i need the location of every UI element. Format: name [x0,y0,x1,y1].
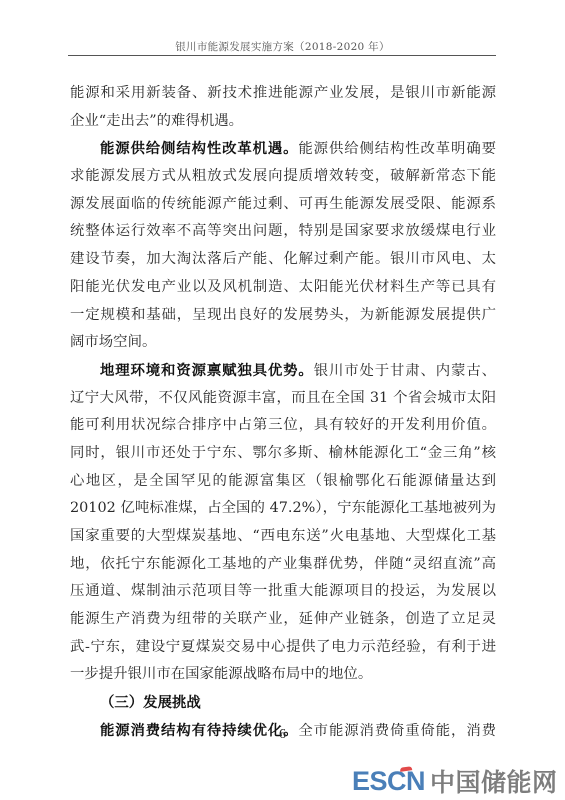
document-title: 银川市能源发展实施方案（2018-2020 年） [0,39,565,54]
text-line: 辽宁大风带，不仅风能资源丰富，而且在全国 31 个省会城市太阳 [70,385,496,413]
text-line: 国家重要的大型煤炭基地、“西电东送”火电基地、大型煤化工基 [70,523,496,551]
logo-latin-text: ESCN [352,766,425,797]
text-line: 一步提升银川市在国家能源战略布局中的地位。 [70,661,496,689]
text-line: 能可利用状况综合排序中占第三位，具有较好的开发利用价值。 [70,412,496,440]
text-line: 一定规模和基础，呈现出良好的发展势头，为新能源发展提供广 [70,302,496,330]
text-line: 同时，银川市还处于宁东、鄂尔多斯、榆林能源化工“金三角”核 [70,440,496,468]
text-line: 源发展面临的传统能源产能过剩、可再生能源发展受限、能源系 [70,191,496,219]
logo-chinese-text: 中国储能网 [430,763,558,799]
paragraph: 能源和采用新装备、新技术推进能源产业发展，是银川市新能源 企业“走出去”的难得机… [70,80,496,135]
text-line: 求能源发展方式从粗放式发展向提质增效转变，破解新常态下能 [70,163,496,191]
section-heading: （三）发展挑战 [70,689,496,717]
text-line: 心地区，是全国罕见的能源富集区（银榆鄂化石能源储量达到 [70,468,496,496]
text-line: 能源供给侧结构性改革机遇。能源供给侧结构性改革明确要 [70,135,496,163]
document-body: 能源和采用新装备、新技术推进能源产业发展，是银川市新能源 企业“走出去”的难得机… [70,80,496,745]
paragraph: 地理环境和资源禀赋独具优势。银川市处于甘肃、内蒙古、 辽宁大风带，不仅风能资源丰… [70,357,496,689]
paragraph-lead: 能源供给侧结构性改革机遇。 [100,140,298,157]
text-line: 地理环境和资源禀赋独具优势。银川市处于甘肃、内蒙古、 [70,357,496,385]
text-line: 20102 亿吨标准煤，占全国的 47.2%），宁东能源化工基地被列为 [70,495,496,523]
header-divider [68,55,496,56]
paragraph: 能源供给侧结构性改革机遇。能源供给侧结构性改革明确要 求能源发展方式从粗放式发展… [70,135,496,357]
text-line: 能源和采用新装备、新技术推进能源产业发展，是银川市新能源 [70,80,496,108]
text-span: 能源供给侧结构性改革明确要 [298,141,496,157]
text-line: 建设节奏，加大淘汰落后产能、化解过剩产能。银川市风电、太 [70,246,496,274]
escn-watermark-logo: ESCN 中国储能网 [352,766,558,796]
text-line: 地，依托宁东能源化工基地的产业集群优势，伴随“灵绍直流”高 [70,551,496,579]
text-span: 银川市处于甘肃、内蒙古、 [314,363,496,379]
page-number: 6 [0,727,565,743]
text-line: 统整体运行效率不高等突出问题，特别是国家要求放缓煤电行业 [70,218,496,246]
text-line: 压通道、煤制油示范项目等一批重大能源项目的投运，为发展以 [70,578,496,606]
text-line: 阳能光伏发电产业以及风机制造、太阳能光伏材料生产等已具有 [70,274,496,302]
text-line: 能源生产消费为纽带的关联产业，延伸产业链条，创造了立足灵 [70,606,496,634]
paragraph-lead: 地理环境和资源禀赋独具优势。 [100,362,314,379]
text-line: 企业“走出去”的难得机遇。 [70,108,496,136]
text-line: 阔市场空间。 [70,329,496,357]
text-line: 武-宁东，建设宁夏煤炭交易中心提供了电力示范经验，有利于进 [70,634,496,662]
